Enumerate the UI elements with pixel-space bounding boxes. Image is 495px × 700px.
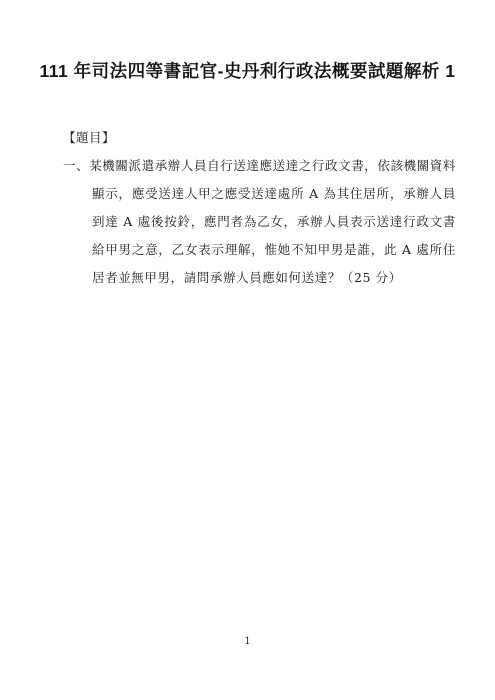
page-number: 1 bbox=[0, 636, 495, 647]
page-title: 111 年司法四等書記官-史丹利行政法概要試題解析 1 bbox=[0, 58, 495, 83]
document-page: 111 年司法四等書記官-史丹利行政法概要試題解析 1 【題目】 一、某機關派遣… bbox=[0, 0, 495, 700]
question-number-marker: 一、 bbox=[63, 158, 89, 173]
question-section: 【題目】 一、某機關派遣承辦人員自行送達應送達之行政文書，依該機關資料顯示，應受… bbox=[63, 124, 456, 292]
question-text: 某機關派遣承辦人員自行送達應送達之行政文書，依該機關資料顯示，應受送達人甲之應受… bbox=[89, 158, 456, 285]
section-label: 【題目】 bbox=[63, 124, 456, 152]
question-item: 一、某機關派遣承辦人員自行送達應送達之行政文書，依該機關資料顯示，應受送達人甲之… bbox=[63, 152, 456, 292]
